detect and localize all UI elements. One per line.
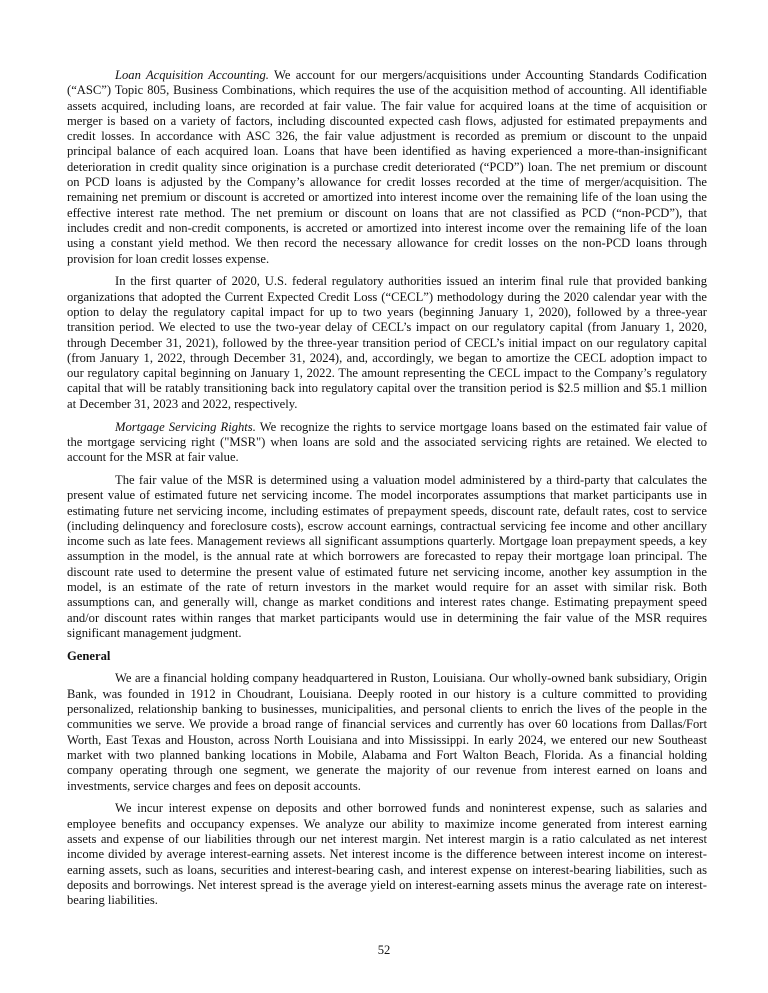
paragraph-msr-valuation: The fair value of the MSR is determined … [67, 473, 707, 641]
section-heading-general: General [67, 649, 707, 664]
section-lead-loan-acquisition: Loan Acquisition Accounting. [115, 68, 269, 82]
paragraph-interest-expense: We incur interest expense on deposits an… [67, 801, 707, 908]
paragraph-cecl-transition: In the first quarter of 2020, U.S. feder… [67, 274, 707, 412]
paragraph-company-overview: We are a financial holding company headq… [67, 671, 707, 793]
document-page: Loan Acquisition Accounting. We account … [67, 68, 707, 916]
paragraph-loan-acquisition-accounting: Loan Acquisition Accounting. We account … [67, 68, 707, 267]
section-lead-mortgage-servicing: Mortgage Servicing Rights. [115, 420, 256, 434]
page-number: 52 [0, 943, 768, 958]
paragraph-mortgage-servicing-rights: Mortgage Servicing Rights. We recognize … [67, 420, 707, 466]
